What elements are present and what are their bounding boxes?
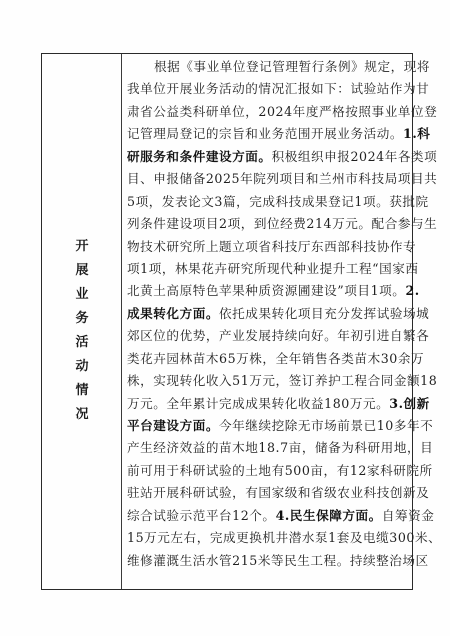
body-text: 自筹资金 [382, 508, 435, 523]
body-text: 目、申报储备2025年院列项目和兰州市科技局项目共 [127, 171, 437, 186]
section-heading-text: 成果转化方面。 [127, 306, 219, 321]
body-text: 我单位开展业务活动的情况汇报如下：试验站作为甘 [127, 81, 429, 96]
body-text: 维修灌溉生活水管215米等民生工程。持续整治场区 [127, 553, 429, 568]
text-line: 物技术研究所上题立项省科技厅东西部科技协作专 [127, 236, 410, 258]
label-char: 务 [75, 307, 88, 331]
body-text: 北黄土高原特色苹果种质资源圃建设”项目1项。 [127, 283, 405, 298]
body-text: 株，实现转化收入51万元，签订养护工程合同金额18 [127, 373, 437, 388]
document-page: 开 展 业 务 活 动 情 况 根据《事业单位登记管理暂行条例》规定，现将我单位… [0, 0, 450, 636]
text-line: 研服务和条件建设方面。积极组织申报2024年各类项 [127, 146, 410, 168]
text-line: 项1项，林果花卉研究所现代种业提升工程“国家西 [127, 258, 410, 280]
text-line: 万元。全年累计完成成果转化收益180万元。3.创新 [127, 393, 410, 415]
body-text: 综合试验示范平台12个。 [127, 508, 276, 523]
text-line: 我单位开展业务活动的情况汇报如下：试验站作为甘 [127, 78, 410, 100]
section-heading-text: 研服务和条件建设方面。 [127, 149, 272, 164]
label-char: 业 [75, 283, 88, 307]
text-line: 肃省公益类科研单位，2024年度严格按照事业单位登 [127, 101, 410, 123]
report-table: 开 展 业 务 活 动 情 况 根据《事业单位登记管理暂行条例》规定，现将我单位… [41, 53, 413, 590]
text-line: 根据《事业单位登记管理暂行条例》规定，现将 [127, 56, 410, 78]
text-line: 成果转化方面。依托成果转化项目充分发挥试验场城 [127, 303, 410, 325]
body-text: 今年继续挖除无市场前景已10多年不 [219, 418, 433, 433]
body-text: 项1项，林果花卉研究所现代种业提升工程“国家西 [127, 261, 419, 276]
text-line: 株，实现转化收入51万元，签订养护工程合同金额18 [127, 370, 410, 392]
body-text: 15万元左右，完成更换机井潜水泵1套及电缆300米、 [127, 530, 441, 545]
section-heading-text: 4.民生保障方面。 [276, 508, 382, 523]
label-char: 开 [75, 235, 88, 259]
section-heading-text: 1.科 [403, 126, 430, 141]
text-line: 15万元左右，完成更换机井潜水泵1套及电缆300米、 [127, 527, 410, 549]
body-text: 5项，发表论文3篇，完成科技成果登记1项。获批院 [127, 194, 429, 209]
section-heading-text: 3.创新 [389, 396, 430, 411]
body-text: 列条件建设项目2项，到位经费214万元。配合参与生 [127, 216, 437, 231]
body-text: 驻站开展科研试验，有国家级和省级农业科技创新及 [127, 485, 429, 500]
label-char: 展 [75, 259, 88, 283]
body-text: 根据《事业单位登记管理暂行条例》规定，现将 [154, 59, 430, 74]
body-text: 类花卉园林苗木65万株，全年销售各类苗木30余万 [127, 351, 424, 366]
text-line: 类花卉园林苗木65万株，全年销售各类苗木30余万 [127, 348, 410, 370]
text-line: 北黄土高原特色苹果种质资源圃建设”项目1项。2. [127, 280, 410, 302]
body-text: 产生经济效益的苗木地18.7亩，储备为科研用地，目 [127, 440, 433, 455]
label-char: 活 [75, 331, 88, 355]
text-line: 目、申报储备2025年院列项目和兰州市科技局项目共 [127, 168, 410, 190]
body-text: 前可用于科研试验的土地有500亩，有12家科研院所 [127, 463, 433, 478]
text-line: 维修灌溉生活水管215米等民生工程。持续整治场区 [127, 550, 410, 572]
text-line: 平台建设方面。今年继续挖除无市场前景已10多年不 [127, 415, 410, 437]
label-char: 况 [75, 403, 88, 427]
text-line: 产生经济效益的苗木地18.7亩，储备为科研用地，目 [127, 437, 410, 459]
label-char: 动 [75, 355, 88, 379]
section-heading-text: 平台建设方面。 [127, 418, 219, 433]
body-text: 肃省公益类科研单位，2024年度严格按照事业单位登 [127, 104, 437, 119]
label-cell: 开 展 业 务 活 动 情 况 [42, 54, 122, 589]
text-line: 综合试验示范平台12个。4.民生保障方面。自筹资金 [127, 505, 410, 527]
text-line: 5项，发表论文3篇，完成科技成果登记1项。获批院 [127, 191, 410, 213]
body-text: 记管理局登记的宗旨和业务范围开展业务活动。 [127, 126, 403, 141]
report-body-text: 根据《事业单位登记管理暂行条例》规定，现将我单位开展业务活动的情况汇报如下：试验… [127, 56, 410, 572]
label-char: 情 [75, 379, 88, 403]
body-text: 郊区位的优势，产业发展持续向好。年初引进自繁各 [127, 328, 429, 343]
body-text: 物技术研究所上题立项省科技厅东西部科技协作专 [127, 239, 416, 254]
text-line: 记管理局登记的宗旨和业务范围开展业务活动。1.科 [127, 123, 410, 145]
text-line: 郊区位的优势，产业发展持续向好。年初引进自繁各 [127, 325, 410, 347]
text-line: 列条件建设项目2项，到位经费214万元。配合参与生 [127, 213, 410, 235]
section-heading-text: 2. [405, 283, 419, 298]
content-cell: 根据《事业单位登记管理暂行条例》规定，现将我单位开展业务活动的情况汇报如下：试验… [122, 54, 412, 589]
text-line: 驻站开展科研试验，有国家级和省级农业科技创新及 [127, 482, 410, 504]
section-label: 开 展 业 务 活 动 情 况 [42, 235, 122, 427]
body-text: 万元。全年累计完成成果转化收益180万元。 [127, 396, 389, 411]
body-text: 依托成果转化项目充分发挥试验场城 [219, 306, 429, 321]
text-line: 前可用于科研试验的土地有500亩，有12家科研院所 [127, 460, 410, 482]
body-text: 积极组织申报2024年各类项 [272, 149, 438, 164]
